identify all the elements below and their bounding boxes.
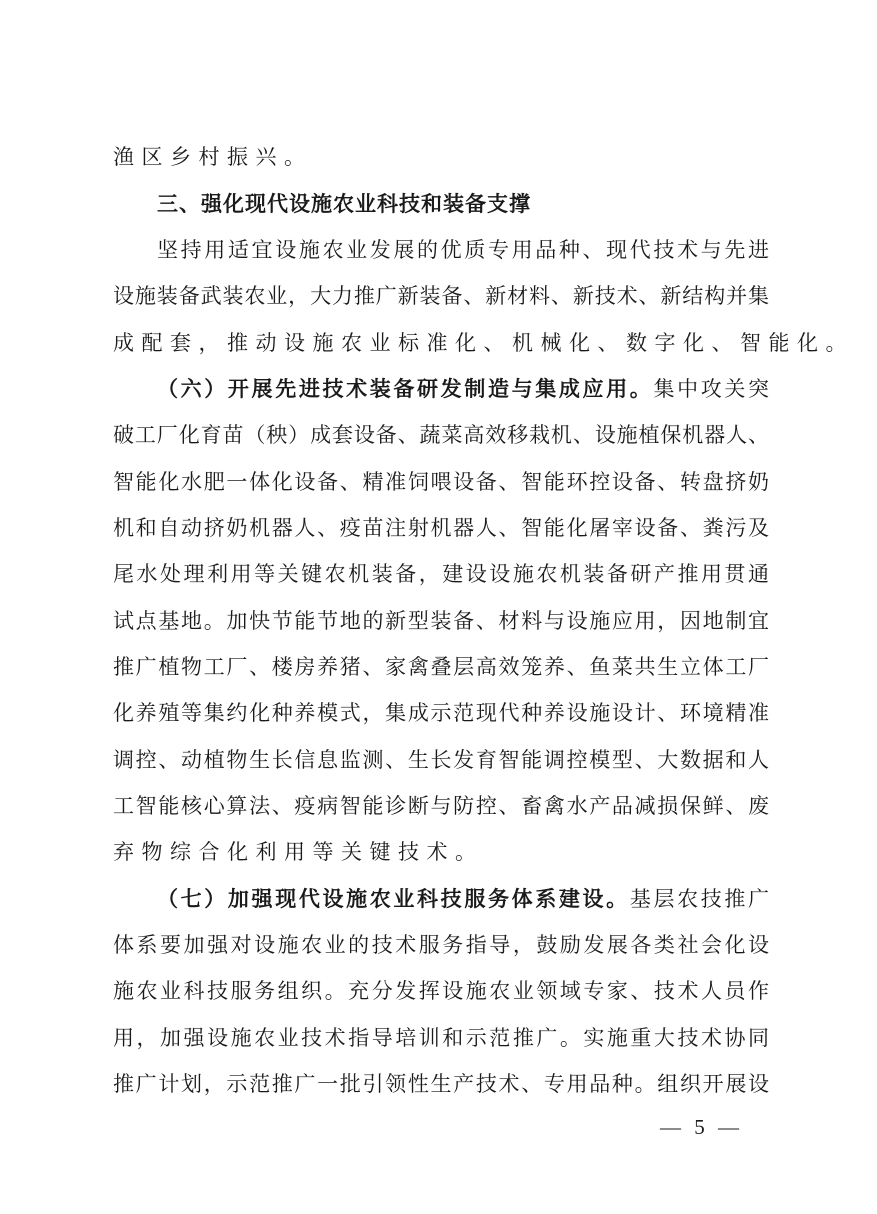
paragraph-6-first-line: （六）开展先进技术装备研发制造与集成应用。集中攻关突 [157, 374, 769, 404]
text-line: 成配套，推动设施农业标准化、机械化、数字化、智能化。 [113, 328, 769, 358]
paragraph-6-title: （六）开展先进技术装备研发制造与集成应用。 [157, 377, 653, 401]
text-line: 破工厂化育苗（秧）成套设备、蔬菜高效移栽机、设施植保机器人、 [113, 420, 769, 450]
text-line: 尾水处理利用等关键农机装备，建设设施农机装备研产推用贯通 [113, 559, 769, 589]
text-line: 化养殖等集约化种养模式，集成示范现代种养设施设计、环境精准 [113, 698, 769, 728]
text-line: 机和自动挤奶机器人、疫苗注射机器人、智能化屠宰设备、粪污及 [113, 513, 769, 543]
text-line: 弃物综合化利用等关键技术。 [113, 837, 769, 867]
text-line: 推广植物工厂、楼房养猪、家禽叠层高效笼养、鱼菜共生立体工厂 [113, 652, 769, 682]
paragraph-7-first-line: （七）加强现代设施农业科技服务体系建设。基层农技推广 [157, 884, 769, 914]
text-line: 调控、动植物生长信息监测、生长发育智能调控模型、大数据和人 [113, 745, 769, 775]
text-line: 渔区乡村振兴。 [113, 142, 769, 172]
text-line: 体系要加强对设施农业的技术服务指导，鼓励发展各类社会化设 [113, 930, 769, 960]
text-line: 工智能核心算法、疫病智能诊断与防控、畜禽水产品减损保鲜、废 [113, 791, 769, 821]
paragraph-7-text: 基层农技推广 [630, 887, 769, 911]
page-number: — 5 — [660, 1112, 743, 1142]
paragraph-7-title: （七）加强现代设施农业科技服务体系建设。 [157, 887, 630, 911]
text-line: 施农业科技服务组织。充分发挥设施农业领域专家、技术人员作 [113, 976, 769, 1006]
text-line: 设施装备武装农业，大力推广新装备、新材料、新技术、新结构并集 [113, 281, 769, 311]
text-line: 用，加强设施农业技术指导培训和示范推广。实施重大技术协同 [113, 1023, 769, 1053]
paragraph-6-text: 集中攻关突 [653, 377, 769, 401]
section-heading: 三、强化现代设施农业科技和装备支撑 [157, 189, 531, 219]
text-line: 坚持用适宜设施农业发展的优质专用品种、现代技术与先进 [157, 235, 769, 265]
text-line: 推广计划，示范推广一批引领性生产技术、专用品种。组织开展设 [113, 1069, 769, 1099]
text-line: 智能化水肥一体化设备、精准饲喂设备、智能环控设备、转盘挤奶 [113, 467, 769, 497]
document-page: 渔区乡村振兴。 三、强化现代设施农业科技和装备支撑 坚持用适宜设施农业发展的优质… [0, 0, 877, 1214]
text-line: 试点基地。加快节能节地的新型装备、材料与设施应用，因地制宜 [113, 606, 769, 636]
